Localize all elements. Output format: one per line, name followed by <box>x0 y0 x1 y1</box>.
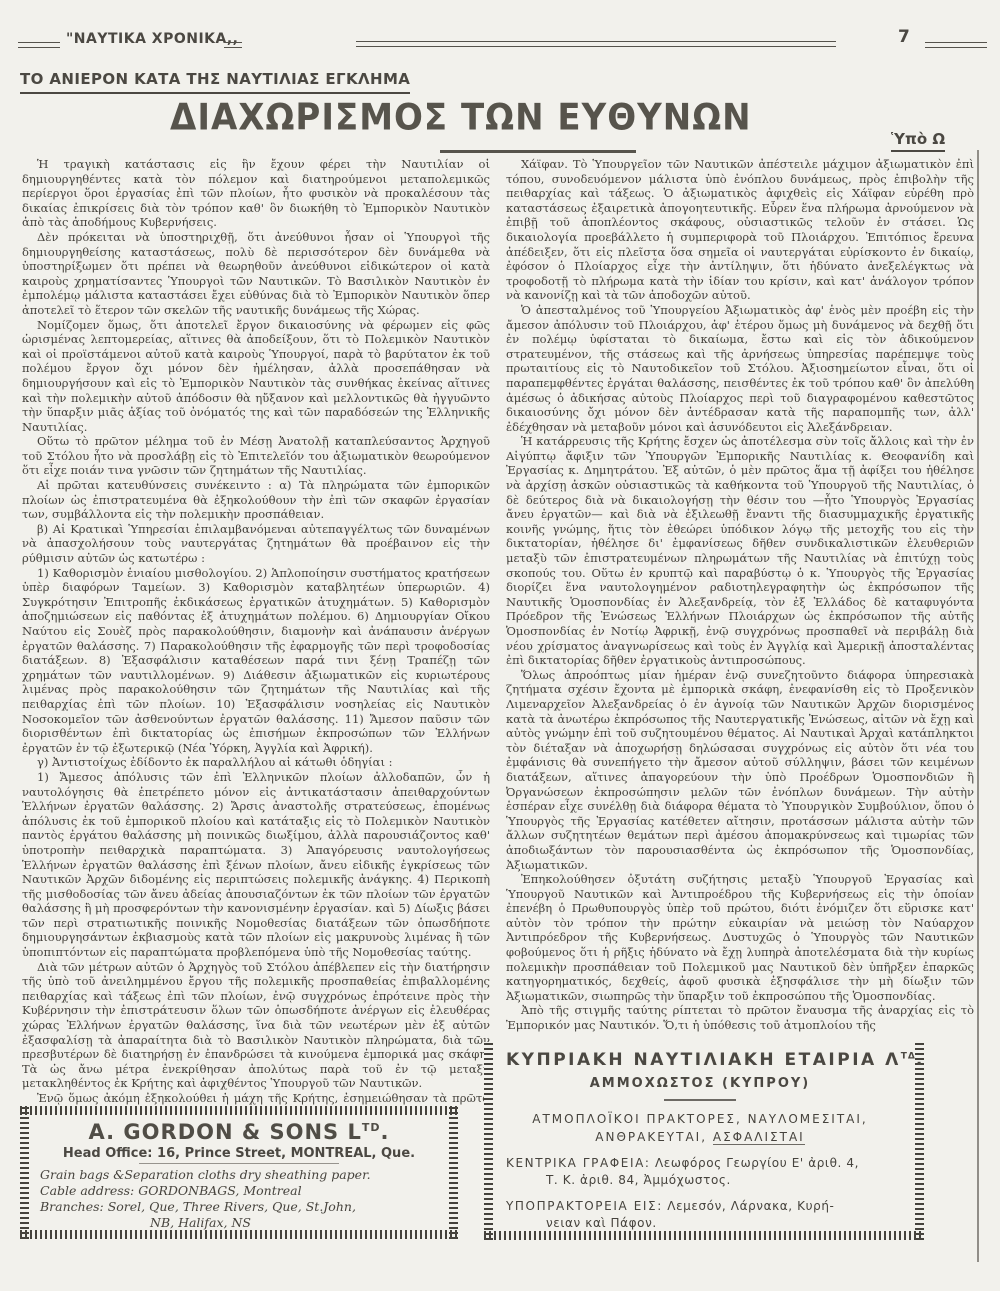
newspaper-page: "ΝΑΥΤΙΚΑ ΧΡΟΝΙΚΑ,, 7 ΤΟ ΑΝΙΕΡΟΝ ΚΑΤΑ ΤΗΣ… <box>0 0 1000 1291</box>
paragraph: Ἡ τραγικὴ κατάστασις εἰς ἣν ἔχουν φέρει … <box>22 157 490 230</box>
headline-underline <box>440 150 636 153</box>
paragraph: Ἐπηκολούθησεν ὀξυτάτη συζήτησις μεταξὺ Ὑ… <box>506 872 974 1003</box>
gordon-ad-title: A. GORDON & SONS LTD. <box>34 1117 444 1143</box>
gordon-ad-products: Grain bags &Separation cloths dry sheath… <box>40 1167 444 1183</box>
gordon-ad-rule <box>139 1163 339 1164</box>
cyprus-ad-services-line1: ΑΤΜΟΠΛΟΪΚΟΙ ΠΡΑΚΤΟΡΕΣ, ΝΑΥΛΟΜΕΣΙΤΑΙ, <box>506 1110 894 1128</box>
cyprus-ad-offices-cont: Τ. Κ. ἀριθ. 84, Ἀμμόχωστος. <box>506 1172 894 1189</box>
paragraph: Ὅλως ἀπροόπτως μίαν ἡμέραν ἐνῷ συνεζητοῦ… <box>506 668 974 872</box>
cyprus-ad-agencies-cont: νειαν καὶ Πάφον. <box>506 1215 894 1232</box>
cyprus-ad-rule <box>664 1099 736 1101</box>
paragraph: Ἀπὸ τῆς στιγμῆς ταύτης ρίπτεται τὸ πρῶτο… <box>506 1003 974 1032</box>
paragraph: 1) Καθορισμὸν ἑνιαίου μισθολογίου. 2) Ἁπ… <box>22 566 490 756</box>
cyprus-ad-offices: ΚΕΝΤΡΙΚΑ ΓΡΑΦΕΙΑ: Λεωφόρος Γεωργίου Ε' ἀ… <box>506 1155 894 1189</box>
gordon-ad-content: A. GORDON & SONS LTD. Head Office: 16, P… <box>34 1117 444 1231</box>
paragraph: Δὲν πρόκειται νὰ ὑποστηριχθῇ, ὅτι ἀνεύθυ… <box>22 230 490 318</box>
hatch-border-left <box>20 1106 29 1239</box>
paragraph: 1) Ἄμεσος ἀπόλυσις τῶν ἐπὶ Ἑλληνικῶν πλο… <box>22 770 490 960</box>
masthead-rule-long <box>356 41 836 47</box>
paragraph: Χάϊφαν. Τὸ Ὑπουργεῖον τῶν Ναυτικῶν ἀπέστ… <box>506 157 974 303</box>
page-number: 7 <box>898 27 910 47</box>
gordon-ad-cable: Cable address: GORDONBAGS, Montreal <box>40 1183 444 1199</box>
hatch-border-bottom <box>484 1231 924 1240</box>
hatch-border-right <box>915 1042 924 1240</box>
cyprus-ad-services: ΑΤΜΟΠΛΟΪΚΟΙ ΠΡΑΚΤΟΡΕΣ, ΝΑΥΛΟΜΕΣΙΤΑΙ, ΑΝΘ… <box>506 1110 894 1146</box>
paragraph: Οὕτω τὸ πρῶτον μέλημα τοῦ ἐν Μέσῃ Ἀνατολ… <box>22 434 490 478</box>
paragraph: Ὁ ἀπεσταλμένος τοῦ Ὑπουργείου Ἀξιωματικὸ… <box>506 303 974 434</box>
hatch-border-bottom <box>20 1230 458 1239</box>
paragraph: β) Αἱ Κρατικαὶ Ὑπηρεσίαι ἐπιλαμβανόμεναι… <box>22 522 490 566</box>
right-margin-rule <box>977 150 979 1262</box>
paragraph: Ἐνῷ ὅμως ἀκόμη ἐξηκολούθει ἡ μάχη τῆς Κρ… <box>22 1091 490 1105</box>
paragraph: Νομίζομεν ὅμως, ὅτι ἀποτελεῖ ἔργον δικαι… <box>22 318 490 435</box>
gordon-ad-branches-cont: NB, Halifax, NS <box>40 1215 444 1231</box>
cyprus-ad-content: ΚΥΠΡΙΑΚΗ ΝΑΥΤΙΛΙΑΚΗ ΕΤΑΙΡΙΑ ΛΤΔ. ΑΜΜΟΧΩΣ… <box>506 1050 894 1232</box>
cyprus-ad-agencies: ΥΠΟΠΡΑΚΤΟΡΕΙΑ ΕΙΣ: Λεμεσόν, Λάρνακα, Κυρ… <box>506 1198 894 1232</box>
masthead-rule-mid <box>224 42 242 48</box>
byline: Ὑπὸ Ω <box>891 130 945 152</box>
main-headline: ΔΙΑΧΩΡΙΣΜΟΣ ΤΩΝ ΕΥΘΥΝΩΝ <box>170 96 752 139</box>
cyprus-ad-location: ΑΜΜΟΧΩΣΤΟΣ (ΚΥΠΡΟΥ) <box>506 1076 894 1091</box>
paragraph: Ἡ κατάρρευσις τῆς Κρήτης ἔσχεν ὡς ἀποτέλ… <box>506 434 974 668</box>
masthead-rule-right <box>925 42 987 48</box>
article-left-column: Ἡ τραγικὴ κατάστασις εἰς ἣν ἔχουν φέρει … <box>22 157 490 1105</box>
paragraph: Αἱ πρῶται κατευθύνσεις συνέκειντο : α) Τ… <box>22 478 490 522</box>
hatch-border-right <box>449 1106 458 1239</box>
gordon-ad-details: Grain bags &Separation cloths dry sheath… <box>34 1167 444 1231</box>
hatch-border-top <box>20 1106 458 1115</box>
hatch-border-left <box>484 1042 493 1240</box>
paragraph: Διὰ τῶν μέτρων αὐτῶν ὁ Ἀρχηγὸς τοῦ Στόλο… <box>22 960 490 1091</box>
paragraph: γ) Ἀντιστοίχως ἐδίδοντο ἐκ παραλλήλου αἱ… <box>22 755 490 770</box>
gordon-sons-ad: A. GORDON & SONS LTD. Head Office: 16, P… <box>20 1106 458 1239</box>
kicker-headline: ΤΟ ΑΝΙΕΡΟΝ ΚΑΤΑ ΤΗΣ ΝΑΥΤΙΛΙΑΣ ΕΓΚΛΗΜΑ <box>20 70 410 94</box>
masthead-rule-left <box>18 42 60 48</box>
gordon-ad-address: Head Office: 16, Prince Street, MONTREAL… <box>34 1146 444 1161</box>
cyprus-ad-services-line2: ΑΝΘΡΑΚΕΥΤΑΙ, ΑΣΦΑΛΙΣΤΑΙ <box>506 1128 894 1146</box>
article-right-column: Χάϊφαν. Τὸ Ὑπουργεῖον τῶν Ναυτικῶν ἀπέστ… <box>506 157 974 1041</box>
cyprus-ad-title: ΚΥΠΡΙΑΚΗ ΝΑΥΤΙΛΙΑΚΗ ΕΤΑΙΡΙΑ ΛΤΔ. <box>506 1050 894 1070</box>
gordon-ad-branches: Branches: Sorel, Que, Three Rivers, Que,… <box>40 1199 444 1215</box>
cyprus-shipping-ad: ΚΥΠΡΙΑΚΗ ΝΑΥΤΙΛΙΑΚΗ ΕΤΑΙΡΙΑ ΛΤΔ. ΑΜΜΟΧΩΣ… <box>484 1042 924 1240</box>
masthead-title: "ΝΑΥΤΙΚΑ ΧΡΟΝΙΚΑ,, <box>66 31 239 47</box>
